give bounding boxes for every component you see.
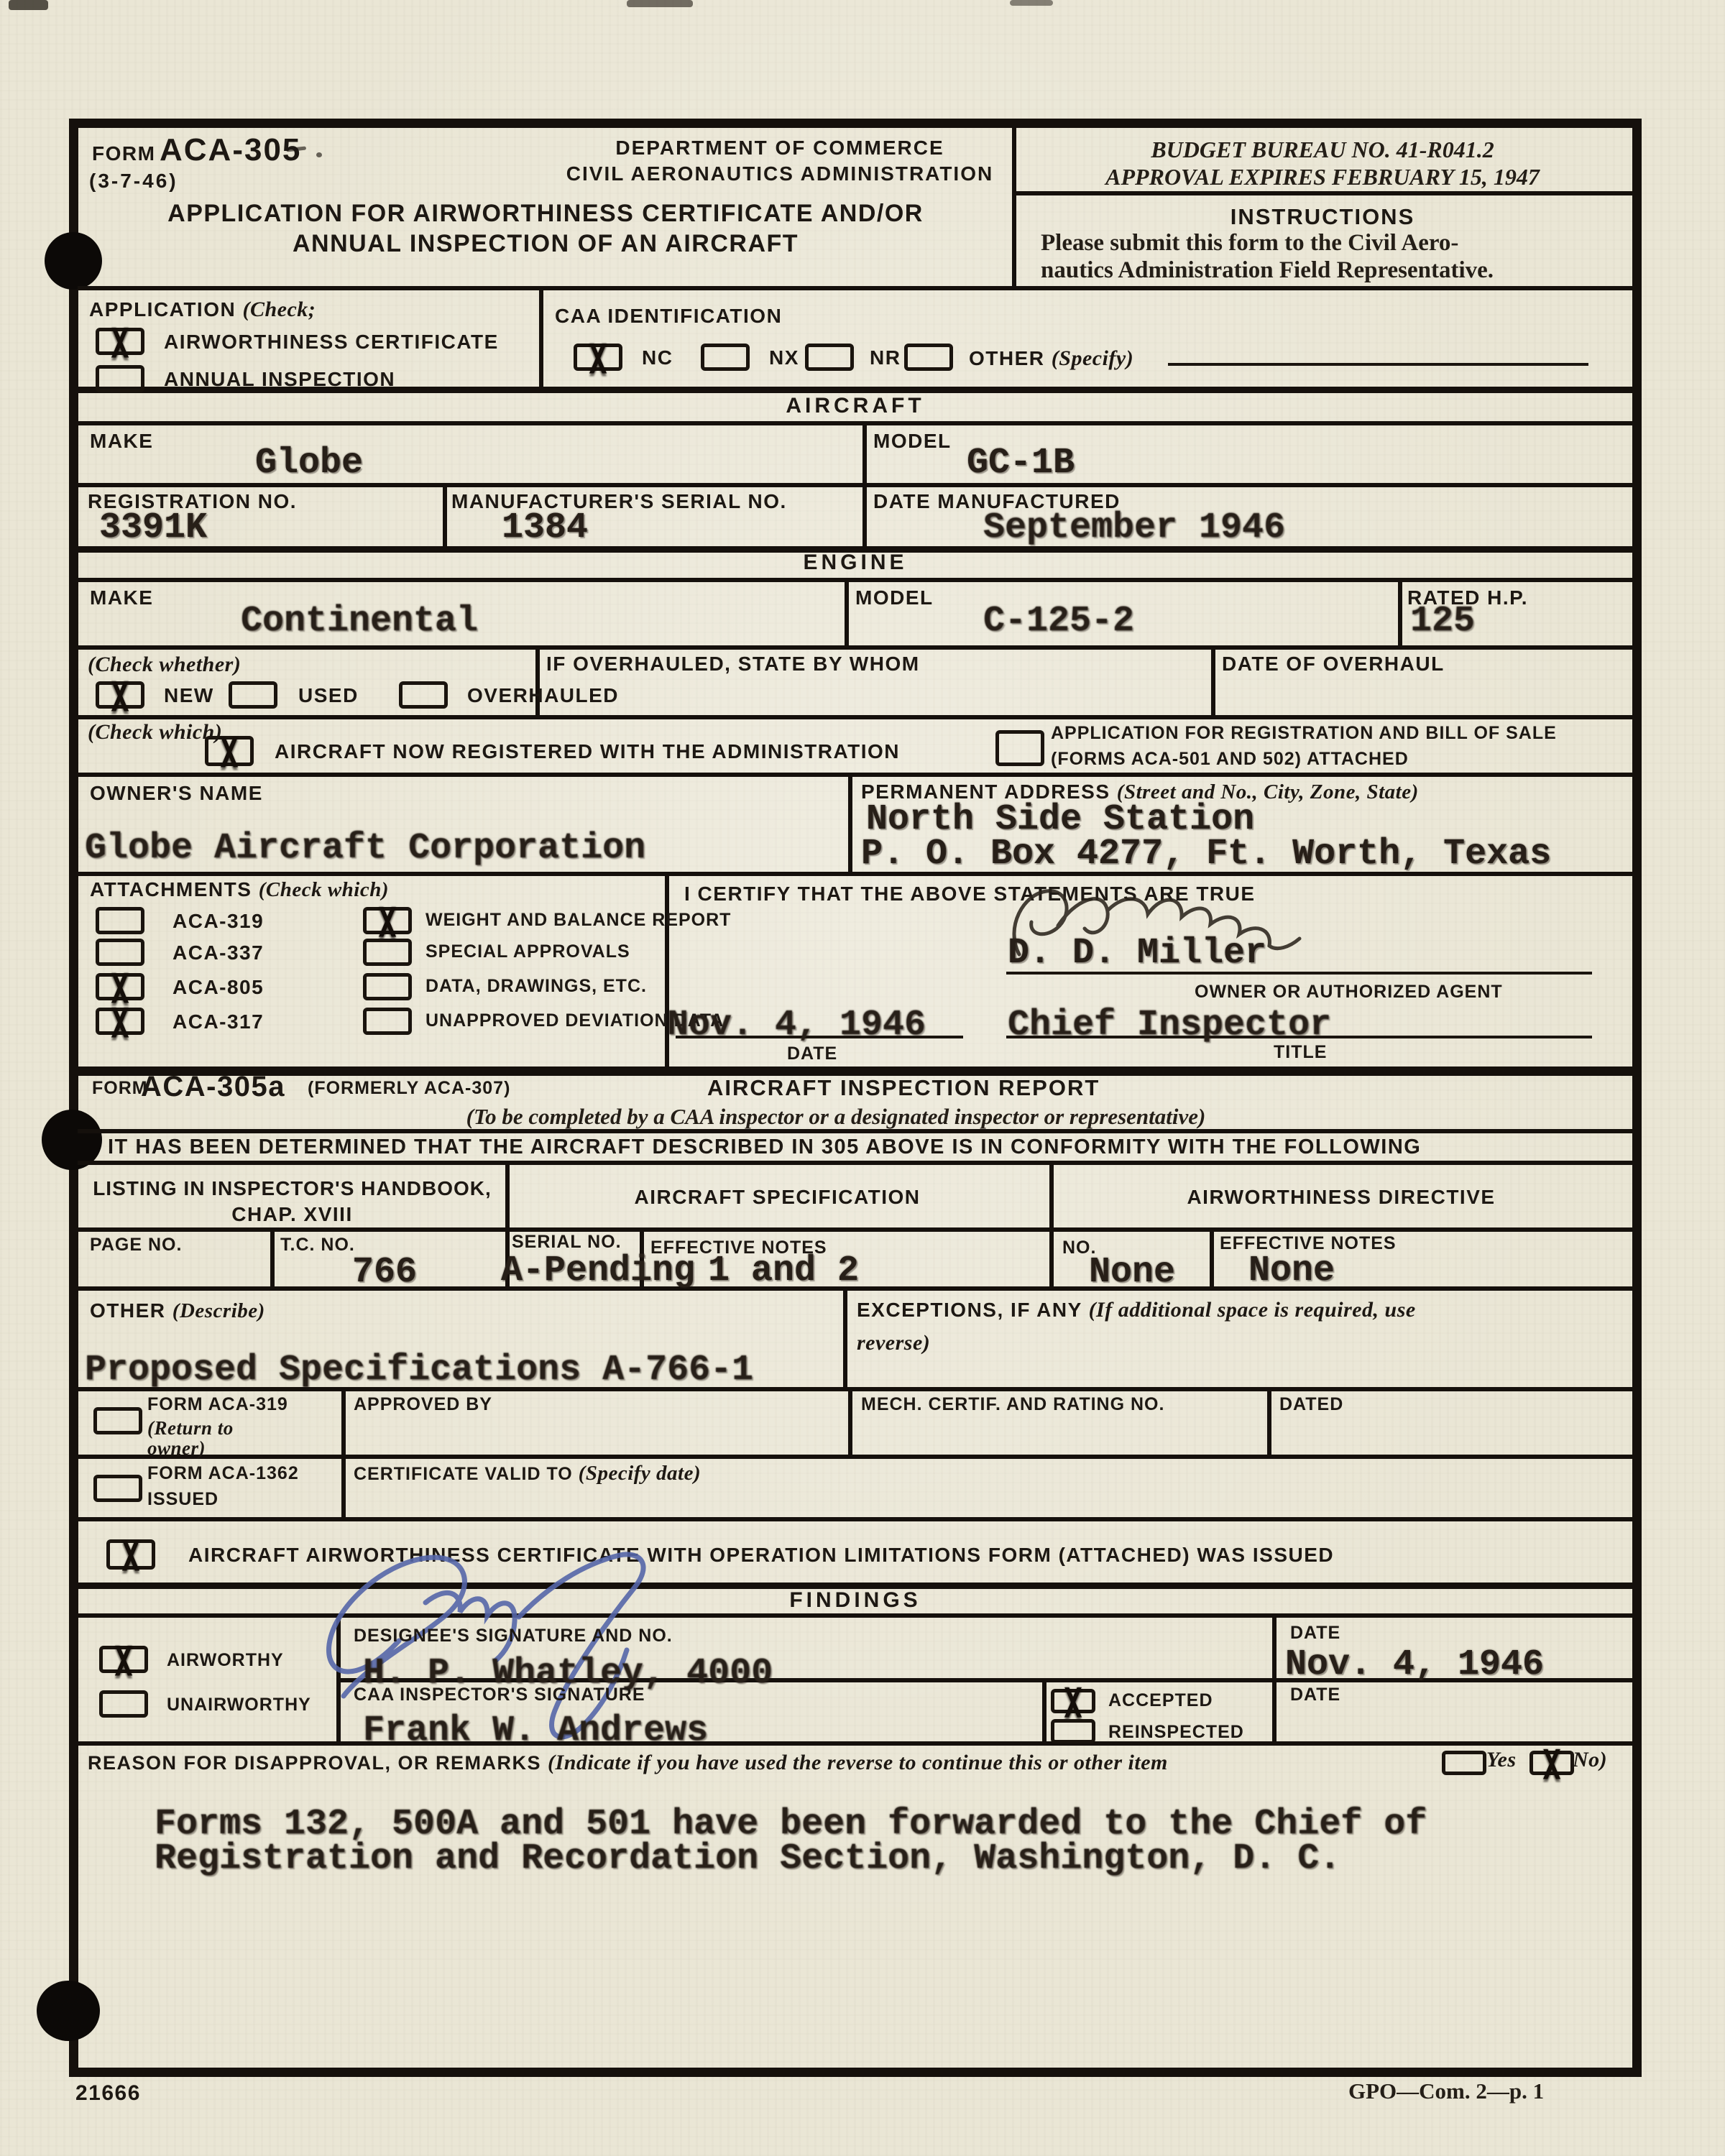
rule (843, 1286, 847, 1387)
form-title-line2: ANNUAL INSPECTION OF AN AIRCRAFT (79, 230, 1012, 258)
report-form-number: ACA-305a (141, 1071, 285, 1103)
exceptions-label: EXCEPTIONS, IF ANY (If additional space … (857, 1298, 1416, 1322)
scan-artifact (627, 0, 693, 7)
rule (341, 1387, 346, 1517)
unairworthy-checkbox (99, 1690, 148, 1718)
remarks-label-note: (Indicate if you have used the reverse t… (548, 1751, 1168, 1774)
approved-by-label: APPROVED BY (354, 1394, 492, 1415)
aca-319-label: ACA-319 (172, 910, 264, 933)
nr-checkbox (805, 344, 854, 371)
rule (270, 1227, 275, 1286)
report-form-word: FORM (92, 1078, 148, 1099)
other-specify-note: (Specify) (1052, 346, 1133, 370)
budget-bureau-no: BUDGET BUREAU NO. 41-R041.2 (1012, 137, 1633, 163)
other-describe-value: Proposed Specifications A-766-1 (85, 1350, 753, 1391)
application-attached-checkbox (995, 730, 1044, 766)
rated-hp-value: 125 (1410, 601, 1475, 642)
check-which-label: (Check which) (88, 720, 222, 745)
rule (78, 645, 1633, 650)
remarks-no-label: No) (1573, 1748, 1607, 1772)
approval-expires: APPROVAL EXPIRES FEBRUARY 15, 1947 (1012, 164, 1633, 190)
report-note: (To be completed by a CAA inspector or a… (259, 1104, 1413, 1130)
rule (78, 1517, 1633, 1521)
engine-overhauled-checkbox (399, 681, 448, 709)
engine-new-label: NEW (164, 684, 214, 707)
airworthiness-directive-header: AIRWORTHINESS DIRECTIVE (1049, 1186, 1633, 1209)
aca-319-checkbox (96, 907, 144, 934)
nc-checkbox: X (574, 344, 622, 371)
nx-label: NX (769, 346, 799, 369)
aircraft-make-label: MAKE (90, 430, 153, 453)
owner-name-label: OWNER'S NAME (90, 782, 263, 805)
page-no-label: PAGE NO. (90, 1235, 182, 1256)
findings-date2-label: DATE (1290, 1685, 1340, 1705)
rule (1049, 1161, 1054, 1286)
engine-overhauled-label: OVERHAULED (467, 684, 619, 707)
other-specify-line (1168, 363, 1588, 366)
form-revision-date: (3-7-46) (89, 170, 178, 193)
data-drawings-checkbox (363, 973, 412, 1000)
engine-make-label: MAKE (90, 586, 153, 609)
rule (1210, 1227, 1214, 1286)
reinspected-label: REINSPECTED (1108, 1722, 1244, 1743)
accepted-checkbox: X (1051, 1689, 1095, 1713)
certificate-issued-checkbox: X (106, 1539, 155, 1570)
remarks-yes-label: Yes (1486, 1748, 1517, 1772)
form-aca-1362-label: FORM ACA-1362 (147, 1463, 299, 1484)
certificate-valid-label: CERTIFICATE VALID TO (Specify date) (354, 1462, 701, 1485)
form-word: FORM (92, 142, 155, 165)
application-attached-line1: APPLICATION FOR REGISTRATION AND BILL OF… (1051, 723, 1557, 744)
tc-no-value: 766 (352, 1252, 417, 1293)
rule (1211, 645, 1215, 715)
owner-agent-label: OWNER OR AUTHORIZED AGENT (1195, 982, 1503, 1003)
special-approvals-checkbox (363, 939, 412, 966)
rule (78, 1227, 1633, 1232)
aca-805-checkbox: X (96, 973, 144, 1000)
scanned-form-aca-305: FORM ACA-305 (3-7-46) DEPARTMENT OF COMM… (0, 0, 1725, 2156)
form-number: ACA-305 (160, 132, 301, 168)
special-approvals-label: SPECIAL APPROVALS (425, 941, 630, 962)
rule (78, 715, 1633, 719)
airworthiness-certificate-checkbox: X (96, 328, 144, 355)
application-label-note: (Check; (242, 298, 316, 321)
annual-inspection-label: ANNUAL INSPECTION (164, 368, 395, 391)
rule (1267, 1387, 1271, 1455)
registered-checkbox: X (205, 736, 254, 766)
engine-model-label: MODEL (855, 586, 934, 609)
report-formerly: (FORMERLY ACA-307) (308, 1078, 510, 1099)
certify-signer-name: D. D. Miller (1008, 933, 1266, 974)
rule (862, 421, 867, 483)
aircraft-section-title: AIRCRAFT (78, 394, 1633, 418)
scan-artifact (9, 0, 48, 10)
rule (539, 286, 543, 387)
caa-inspector-signature-value: Frank W. Andrews (363, 1710, 708, 1751)
form-aca-1362-checkbox (93, 1475, 142, 1502)
airworthy-checkbox: X (99, 1646, 148, 1673)
attachments-label-note: (Check which) (259, 878, 389, 901)
other-checkbox (904, 344, 953, 371)
other-describe-label: OTHER (Describe) (90, 1299, 265, 1323)
engine-model-value: C-125-2 (983, 601, 1134, 642)
tc-no-label: T.C. NO. (280, 1235, 355, 1256)
unairworthy-label: UNAIRWORTHY (167, 1695, 311, 1715)
rule (78, 1161, 1633, 1165)
engine-used-label: USED (298, 684, 359, 707)
directive-no-value: None (1089, 1252, 1175, 1293)
aircraft-spec-header: AIRCRAFT SPECIFICATION (505, 1186, 1049, 1209)
rule (1272, 1613, 1276, 1741)
caa-identification-label: CAA IDENTIFICATION (555, 305, 782, 328)
aircraft-model-value: GC-1B (967, 443, 1075, 484)
listing-header-line1: LISTING IN INSPECTOR'S HANDBOOK, (79, 1177, 505, 1200)
owner-name-value: Globe Aircraft Corporation (85, 828, 645, 869)
other-describe-note: (Describe) (172, 1299, 265, 1322)
weight-balance-checkbox: X (363, 907, 412, 934)
effective-notes-value: 1 and 2 (708, 1250, 859, 1291)
remarks-body-line2: Registration and Recordation Section, Wa… (155, 1838, 1340, 1879)
nr-label: NR (870, 346, 901, 369)
rule (1012, 191, 1633, 195)
dated-label: DATED (1279, 1394, 1343, 1415)
scan-artifact (1010, 0, 1053, 6)
designee-signature-label: DESIGNEE'S SIGNATURE AND NO. (354, 1626, 673, 1646)
mech-certif-label: MECH. CERTIF. AND RATING NO. (861, 1394, 1164, 1415)
determination-statement: IT HAS BEEN DETERMINED THAT THE AIRCRAFT… (108, 1135, 1421, 1159)
application-label: APPLICATION (Check; (89, 298, 316, 322)
rule (78, 421, 1633, 425)
overhauled-by-whom-label: IF OVERHAULED, STATE BY WHOM (546, 653, 920, 676)
engine-section-title: ENGINE (78, 550, 1633, 575)
rule (78, 1455, 1633, 1459)
findings-date-value: Nov. 4, 1946 (1285, 1644, 1544, 1685)
rule (862, 483, 867, 546)
form-title-line1: APPLICATION FOR AIRWORTHINESS CERTIFICAT… (79, 200, 1012, 228)
aircraft-model-label: MODEL (873, 430, 952, 453)
findings-date-label: DATE (1290, 1623, 1340, 1644)
address-line2: P. O. Box 4277, Ft. Worth, Texas (861, 834, 1551, 875)
form-aca-319-note2: owner) (147, 1437, 206, 1460)
aca-317-label: ACA-317 (172, 1010, 264, 1033)
unapproved-deviation-checkbox (363, 1008, 412, 1035)
form-aca-319-checkbox (93, 1407, 142, 1434)
remarks-yes-checkbox (1442, 1751, 1486, 1775)
punch-hole (37, 1981, 100, 2041)
certify-date-value: Nov. 4, 1946 (667, 1005, 926, 1046)
other-label: OTHER (Specify) (969, 346, 1133, 371)
application-attached-line2: (FORMS ACA-501 AND 502) ATTACHED (1051, 749, 1409, 770)
nc-label: NC (642, 346, 673, 369)
remarks-no-checkbox: X (1529, 1751, 1574, 1775)
annual-inspection-checkbox (96, 365, 144, 392)
aca-805-label: ACA-805 (172, 976, 264, 999)
engine-make-value: Continental (241, 601, 478, 642)
department-line1: DEPARTMENT OF COMMERCE (496, 137, 1064, 160)
remarks-label: REASON FOR DISAPPROVAL, OR REMARKS (Indi… (88, 1751, 1168, 1775)
certify-title-label: TITLE (1274, 1042, 1327, 1063)
registration-no-value: 3391K (99, 507, 207, 548)
instructions-line1: Please submit this form to the Civil Aer… (1041, 230, 1458, 257)
rule (443, 483, 447, 546)
caa-inspector-signature-label: CAA INSPECTOR'S SIGNATURE (354, 1685, 645, 1705)
aircraft-make-value: Globe (255, 443, 363, 484)
serial-no-value: 1384 (502, 507, 588, 548)
rule (848, 773, 852, 872)
date-of-overhaul-label: DATE OF OVERHAUL (1222, 653, 1445, 676)
weight-balance-label: WEIGHT AND BALANCE REPORT (425, 910, 731, 931)
certificate-valid-note: (Specify date) (579, 1462, 701, 1485)
nx-checkbox (701, 344, 750, 371)
reinspected-checkbox (1051, 1719, 1095, 1743)
engine-used-checkbox (229, 681, 277, 709)
form-aca-1362-issued: ISSUED (147, 1489, 218, 1510)
rule (78, 286, 1633, 290)
spec-serial-label: SERIAL NO. (512, 1232, 622, 1253)
aca-337-label: ACA-337 (172, 941, 264, 964)
attachments-label: ATTACHMENTS (Check which) (90, 878, 389, 902)
directive-notes-value: None (1248, 1250, 1335, 1291)
certify-date-label: DATE (787, 1044, 837, 1064)
engine-new-checkbox: X (96, 681, 144, 709)
rule (848, 1387, 852, 1455)
data-drawings-label: DATA, DRAWINGS, ETC. (425, 976, 647, 997)
rule (1042, 1678, 1046, 1741)
department-line2: CIVIL AERONAUTICS ADMINISTRATION (496, 162, 1064, 185)
listing-header-line2: CHAP. XVIII (79, 1203, 505, 1226)
accepted-label: ACCEPTED (1108, 1690, 1213, 1711)
footer-gpo: GPO—Com. 2—p. 1 (1348, 2078, 1544, 2104)
airworthy-label: AIRWORTHY (167, 1650, 284, 1671)
instructions-title: INSTRUCTIONS (1012, 204, 1633, 230)
report-title: AIRCRAFT INSPECTION REPORT (707, 1075, 1100, 1101)
aca-317-checkbox: X (96, 1008, 144, 1035)
rule (78, 773, 1633, 777)
airworthiness-certificate-label: AIRWORTHINESS CERTIFICATE (164, 331, 499, 354)
form-aca-319-label: FORM ACA-319 (147, 1394, 288, 1415)
aca-337-checkbox (96, 939, 144, 966)
registered-label: AIRCRAFT NOW REGISTERED WITH THE ADMINIS… (275, 740, 900, 763)
date-manufactured-value: September 1946 (983, 507, 1285, 548)
footer-print-code: 21666 (75, 2081, 141, 2106)
exceptions-note1: (If additional space is required, use (1089, 1298, 1416, 1322)
certify-title-value: Chief Inspector (1008, 1005, 1331, 1046)
instructions-line2: nautics Administration Field Representat… (1041, 257, 1494, 284)
exceptions-note2: reverse) (857, 1331, 930, 1355)
rule (845, 578, 849, 645)
form-aca-319-note1: (Return to (147, 1417, 234, 1439)
rule (1398, 578, 1402, 645)
